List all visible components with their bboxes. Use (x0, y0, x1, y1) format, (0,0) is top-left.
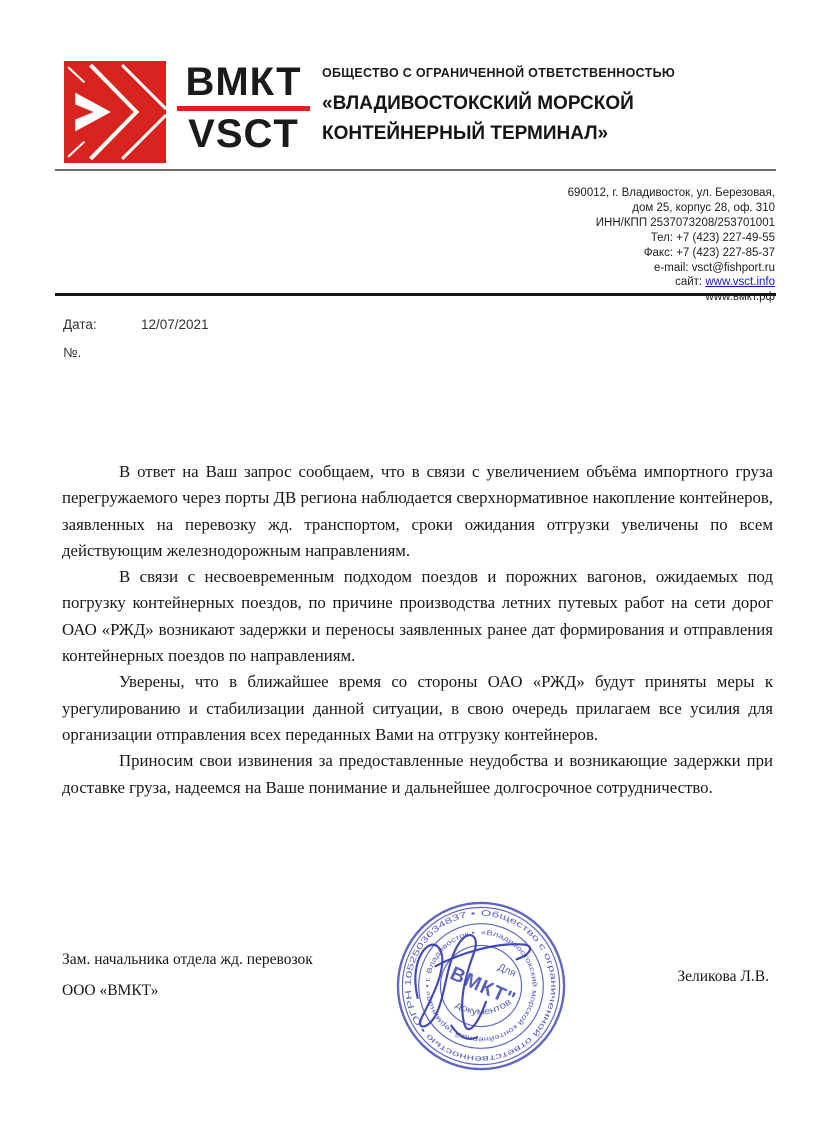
contact-line-address1: 690012, г. Владивосток, ул. Березовая, (568, 186, 775, 201)
contact-line-email: e-mail: vsct@fishport.ru (568, 261, 775, 276)
paragraph: Приносим свои извинения за предоставленн… (62, 748, 773, 801)
signer-position-line2: ООО «ВМКТ» (62, 975, 313, 1006)
date-row: Дата:12/07/2021 (63, 317, 209, 332)
logo-text-en: VSCT (177, 114, 310, 155)
logo-divider (177, 106, 310, 111)
organization-header: ОБЩЕСТВО С ОГРАНИЧЕННОЙ ОТВЕТСТВЕННОСТЬЮ… (322, 66, 762, 150)
letter-page: ВМКТ VSCT ОБЩЕСТВО С ОГРАНИЧЕННОЙ ОТВЕТС… (0, 0, 827, 1143)
date-label: Дата: (63, 317, 141, 332)
signer-position-line1: Зам. начальника отдела жд. перевозок (62, 944, 313, 975)
header-divider (55, 169, 776, 171)
paragraph: В связи с несвоевременным подходом поезд… (62, 564, 773, 669)
contact-line-fax: Факс: +7 (423) 227-85-37 (568, 246, 775, 261)
website-link[interactable]: www.vsct.info (705, 276, 775, 288)
logo-wordmark: ВМКТ VSCT (177, 62, 310, 155)
signer-position: Зам. начальника отдела жд. перевозок ООО… (62, 944, 313, 1006)
stamp-center-top-text: Для (496, 962, 518, 980)
company-stamp: Общество с ограниченной ответственностью… (392, 897, 570, 1075)
site-label: сайт: (675, 276, 705, 288)
contact-line-address2: дом 25, корпус 28, оф. 310 (568, 201, 775, 216)
letter-body: В ответ на Ваш запрос сообщаем, что в св… (62, 459, 773, 801)
organization-name-line2: КОНТЕЙНЕРНЫЙ ТЕРМИНАЛ» (322, 119, 762, 149)
contact-divider (55, 293, 776, 296)
date-value: 12/07/2021 (141, 317, 209, 332)
contact-block: 690012, г. Владивосток, ул. Березовая, д… (568, 186, 775, 305)
contact-line-inn-kpp: ИНН/КПП 2537073208/253701001 (568, 216, 775, 231)
logo-text-ru: ВМКТ (177, 62, 310, 103)
number-label: №. (63, 345, 209, 360)
paragraph: В ответ на Ваш запрос сообщаем, что в св… (62, 459, 773, 564)
contact-line-phone: Тел: +7 (423) 227-49-55 (568, 231, 775, 246)
contact-line-site: сайт: www.vsct.info (568, 275, 775, 290)
organization-type: ОБЩЕСТВО С ОГРАНИЧЕННОЙ ОТВЕТСТВЕННОСТЬЮ (322, 66, 762, 80)
signer-name: Зеликова Л.В. (677, 968, 769, 986)
paragraph: Уверены, что в ближайшее время со сторон… (62, 669, 773, 748)
letter-meta: Дата:12/07/2021 №. (63, 317, 209, 360)
organization-name-line1: «ВЛАДИВОСТОКСКИЙ МОРСКОЙ (322, 89, 762, 119)
organization-name: «ВЛАДИВОСТОКСКИЙ МОРСКОЙ КОНТЕЙНЕРНЫЙ ТЕ… (322, 89, 762, 150)
company-logo (62, 61, 168, 163)
